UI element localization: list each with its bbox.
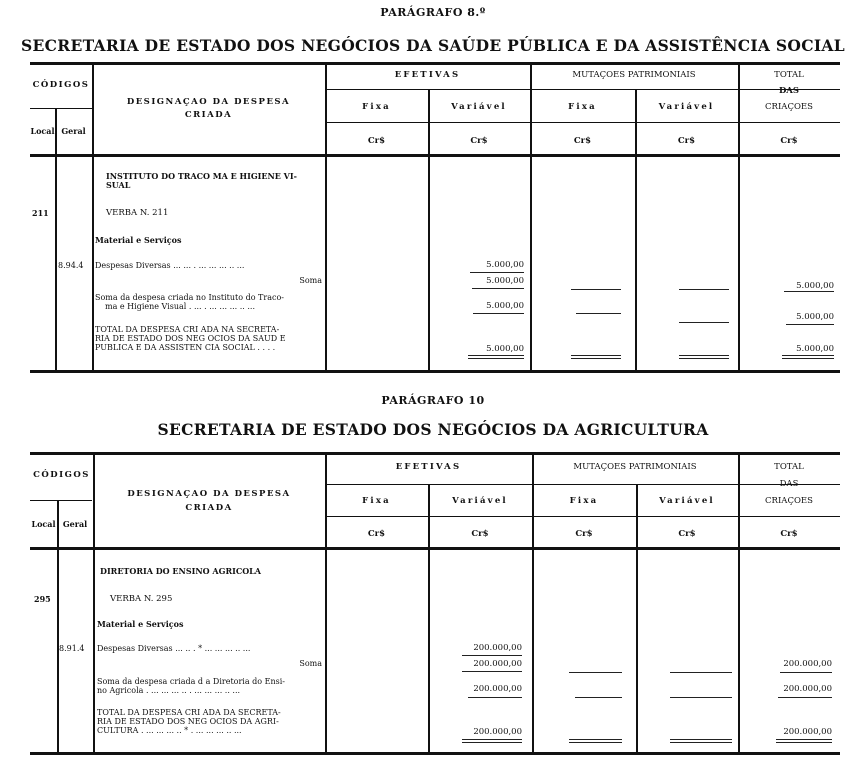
- item-efetivas-variavel: 5.000,00: [428, 260, 524, 270]
- header-total: TOTAL: [738, 70, 840, 80]
- paragraph-heading: PARÁGRAFO 10: [0, 394, 866, 407]
- soma-label: Soma: [92, 276, 322, 285]
- grand-total-total: 5.000,00: [738, 344, 834, 354]
- header-designacao-l2: CRIADA: [92, 110, 325, 120]
- verba-label: VERBA N. 211: [106, 208, 168, 218]
- header-codigos: CÓDIGOS: [30, 80, 92, 90]
- soma-institution-efetivas-variavel: 5.000,00: [428, 301, 524, 311]
- soma-institution-total: 5.000,00: [738, 312, 834, 322]
- expense-table: CÓDIGOS Local Geral DESIGNAÇAO DA DESPES…: [30, 0, 840, 757]
- header-geral: Geral: [55, 126, 92, 136]
- soma-institution-label: Soma da despesa criada no Instituto do T…: [95, 293, 284, 311]
- currency-label: Cr$: [325, 136, 428, 146]
- header-efetivas-fixa: Fixa: [325, 102, 428, 112]
- header-mutacoes-fixa: Fixa: [530, 102, 635, 112]
- grand-total-label: TOTAL DA DESPESA CRI ADA NA SECRETA- RIA…: [95, 325, 286, 352]
- header-total-l2: DAS: [738, 86, 840, 96]
- header-mutacoes-variavel: Variável: [635, 102, 738, 112]
- currency-label: Cr$: [738, 136, 840, 146]
- item-code: 8.94.4: [58, 261, 83, 270]
- currency-label: Cr$: [530, 136, 635, 146]
- header-efetivas-variavel: Variável: [428, 102, 530, 112]
- header-mutacoes: MUTAÇOES PATRIMONIAIS: [530, 70, 738, 80]
- currency-label: Cr$: [428, 136, 530, 146]
- item-label: Despesas Diversas ... ... . ... ... ... …: [95, 261, 244, 270]
- header-total-l3: CRIAÇOES: [738, 102, 840, 112]
- soma-efetivas-variavel: 5.000,00: [428, 276, 524, 286]
- header-local: Local: [30, 126, 55, 136]
- header-designacao: DESIGNAÇAO DA DESPESA: [92, 97, 325, 107]
- institution-name: INSTITUTO DO TRACO MA E HIGIENE VI- SUAL: [106, 172, 297, 190]
- currency-label: Cr$: [635, 136, 738, 146]
- section-title: SECRETARIA DE ESTADO DOS NEGÓCIOS DA AGR…: [0, 420, 866, 439]
- grand-total-efetivas-variavel: 5.000,00: [428, 344, 524, 354]
- category-label: Material e Serviços: [95, 235, 181, 245]
- header-efetivas: EFETIVAS: [325, 70, 530, 80]
- verba-local-code: 211: [32, 208, 49, 218]
- soma-total: 5.000,00: [738, 281, 834, 291]
